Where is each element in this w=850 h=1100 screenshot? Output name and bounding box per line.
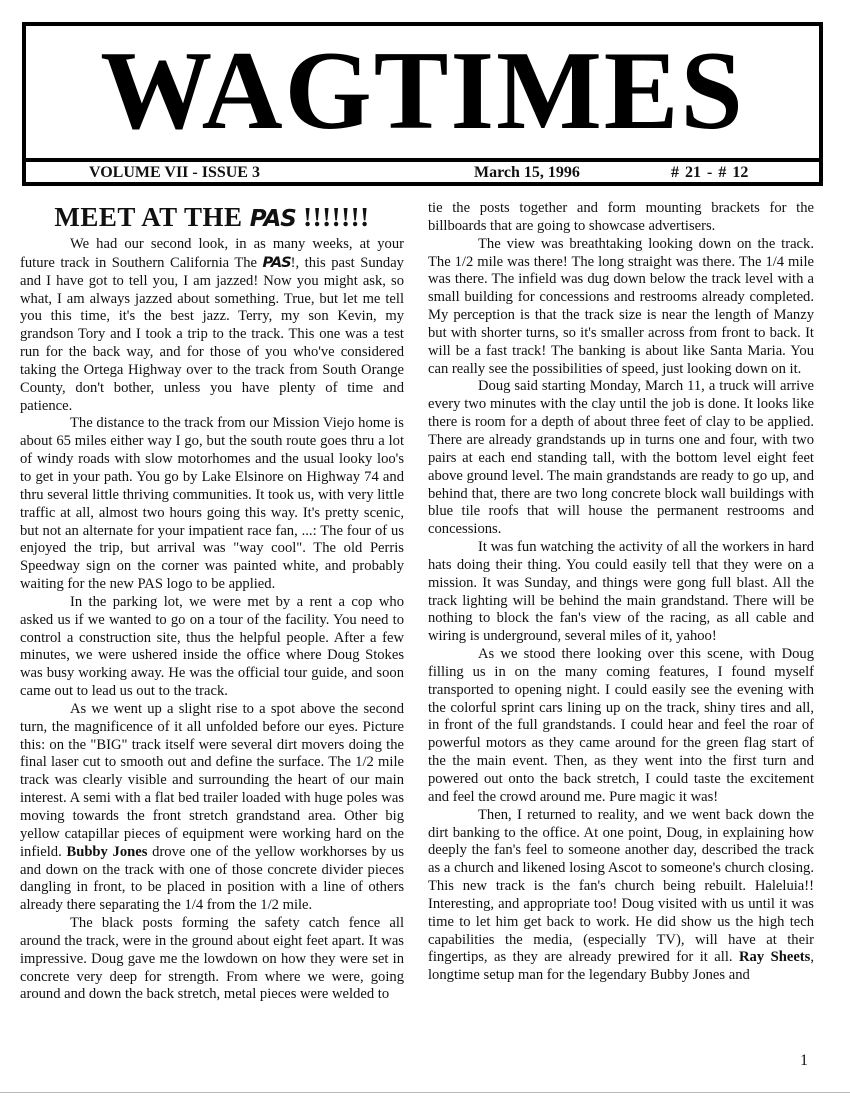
paragraph: In the parking lot, we were met by a ren… xyxy=(20,594,404,701)
bold-name: Ray Sheets xyxy=(739,949,810,965)
paragraph-text: As we went up a slight rise to a spot ab… xyxy=(20,701,404,860)
paragraph-text: Then, I returned to reality, and we went… xyxy=(428,807,814,966)
pas-logo-inline: PAS xyxy=(263,254,291,271)
bold-name: Bubby Jones xyxy=(66,844,147,860)
paragraph: Then, I returned to reality, and we went… xyxy=(428,807,814,985)
paragraph: It was fun watching the activity of all … xyxy=(428,539,814,646)
article-headline: MEET AT THE PAS !!!!!!! xyxy=(20,200,404,236)
volume-issue: VOLUME VII - ISSUE 3 xyxy=(89,162,260,183)
article-column-right: tie the posts together and form mounting… xyxy=(428,200,814,985)
issue-numbers: # 21 - # 12 xyxy=(671,162,748,183)
paragraph: We had our second look, in as many weeks… xyxy=(20,236,404,415)
headline-exclamations: !!!!!!! xyxy=(296,202,370,232)
paragraph: As we stood there looking over this scen… xyxy=(428,646,814,807)
paragraph: The distance to the track from our Missi… xyxy=(20,415,404,593)
page-number: 1 xyxy=(800,1052,808,1070)
masthead-info-bar: VOLUME VII - ISSUE 3 March 15, 1996 # 21… xyxy=(26,158,819,182)
paragraph: As we went up a slight rise to a spot ab… xyxy=(20,701,404,915)
newsletter-title: WAGTIMES xyxy=(26,32,819,150)
paragraph-continued: tie the posts together and form mounting… xyxy=(428,200,814,236)
paragraph-text: !, this past Sunday and I have got to te… xyxy=(20,255,404,414)
paragraph: The view was breathtaking looking down o… xyxy=(428,236,814,379)
paragraph: Doug said starting Monday, March 11, a t… xyxy=(428,378,814,539)
issue-date: March 15, 1996 xyxy=(474,162,580,183)
page-bottom-edge xyxy=(0,1092,850,1093)
headline-text: MEET AT THE xyxy=(54,202,249,232)
paragraph: The black posts forming the safety catch… xyxy=(20,915,404,1004)
article-column-left: MEET AT THE PAS !!!!!!! We had our secon… xyxy=(20,196,404,1004)
pas-logo: PAS xyxy=(250,206,296,232)
masthead: WAGTIMES VOLUME VII - ISSUE 3 March 15, … xyxy=(22,22,823,186)
